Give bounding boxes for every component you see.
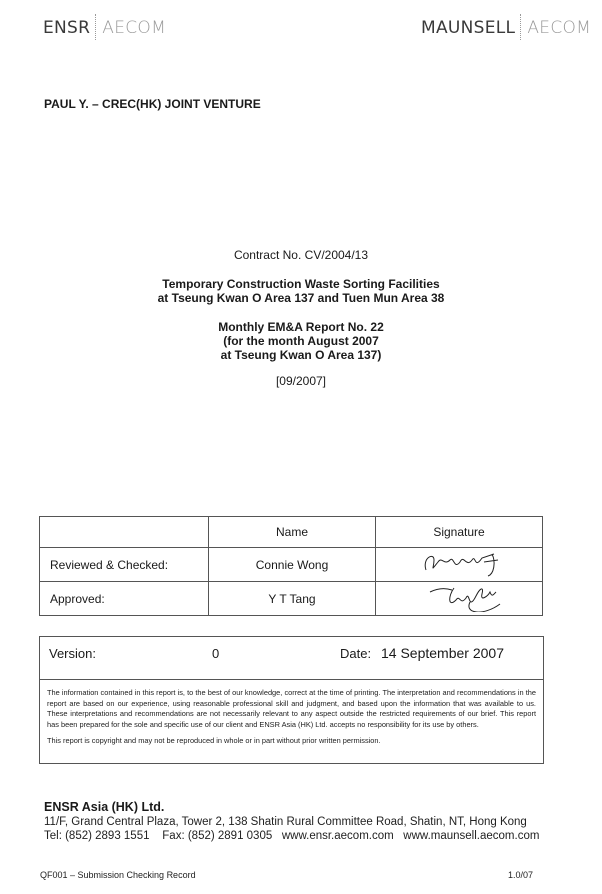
version-value: 0 xyxy=(212,646,219,661)
aecom-logo-text: AECOM xyxy=(102,18,166,38)
ensr-logo-text: ENSR xyxy=(43,18,90,38)
report-title: Monthly EM&A Report No. 22 (for the mont… xyxy=(0,320,602,362)
date-value: 14 September 2007 xyxy=(381,645,504,661)
project-title: Temporary Construction Waste Sorting Fac… xyxy=(0,277,602,305)
role-cell: Reviewed & Checked: xyxy=(40,548,209,582)
table-header-row: Name Signature xyxy=(40,517,543,548)
signoff-table: Name Signature Reviewed & Checked: Conni… xyxy=(39,516,543,616)
table-row: Reviewed & Checked: Connie Wong xyxy=(40,548,543,582)
form-reference: QF001 – Submission Checking Record xyxy=(40,870,196,880)
footer-fax: Fax: (852) 2891 0305 xyxy=(162,830,272,842)
report-reference: [09/2007] xyxy=(0,374,602,388)
version-label: Version: xyxy=(49,646,96,661)
header-cell-blank xyxy=(40,517,209,548)
version-row: Version: 0 Date: 14 September 2007 xyxy=(40,637,543,680)
table-row: Approved: Y T Tang xyxy=(40,582,543,616)
aecom-logo-text: AECOM xyxy=(527,18,591,38)
date-label: Date: xyxy=(340,646,371,661)
footer-contact: 11/F, Grand Central Plaza, Tower 2, 138 … xyxy=(44,815,539,843)
form-version: 1.0/07 xyxy=(508,870,533,880)
logo-divider xyxy=(95,14,96,40)
signature-cell xyxy=(376,582,543,616)
version-info-box: Version: 0 Date: 14 September 2007 The i… xyxy=(39,636,544,764)
header-cell-name: Name xyxy=(209,517,376,548)
client-company: PAUL Y. – CREC(HK) JOINT VENTURE xyxy=(44,97,261,111)
footer-address: 11/F, Grand Central Plaza, Tower 2, 138 … xyxy=(44,815,539,829)
maunsell-aecom-logo: MAUNSELLAECOM xyxy=(421,14,591,40)
project-title-line1: Temporary Construction Waste Sorting Fac… xyxy=(0,277,602,291)
name-cell: Y T Tang xyxy=(209,582,376,616)
contract-number: Contract No. CV/2004/13 xyxy=(0,248,602,262)
ensr-aecom-logo: ENSRAECOM xyxy=(43,14,166,40)
report-title-line2: (for the month August 2007 xyxy=(0,334,602,348)
report-title-line3: at Tseung Kwan O Area 137) xyxy=(0,348,602,362)
name-cell: Connie Wong xyxy=(209,548,376,582)
maunsell-logo-text: MAUNSELL xyxy=(421,18,515,38)
project-title-line2: at Tseung Kwan O Area 137 and Tuen Mun A… xyxy=(0,291,602,305)
copyright-notice: This report is copyright and may not be … xyxy=(40,730,543,747)
signature-icon xyxy=(404,548,514,578)
signature-cell xyxy=(376,548,543,582)
header-cell-signature: Signature xyxy=(376,517,543,548)
footer-tel: Tel: (852) 2893 1551 xyxy=(44,830,150,842)
logo-divider xyxy=(520,14,521,40)
signature-icon xyxy=(404,582,514,612)
role-cell: Approved: xyxy=(40,582,209,616)
footer-contact-line: Tel: (852) 2893 1551 Fax: (852) 2891 030… xyxy=(44,829,539,843)
disclaimer-text: The information contained in this report… xyxy=(40,680,543,730)
footer-website-maunsell[interactable]: www.maunsell.aecom.com xyxy=(403,830,539,842)
report-title-line1: Monthly EM&A Report No. 22 xyxy=(0,320,602,334)
footer-company-name: ENSR Asia (HK) Ltd. xyxy=(44,800,164,814)
footer-website-ensr[interactable]: www.ensr.aecom.com xyxy=(282,830,394,842)
